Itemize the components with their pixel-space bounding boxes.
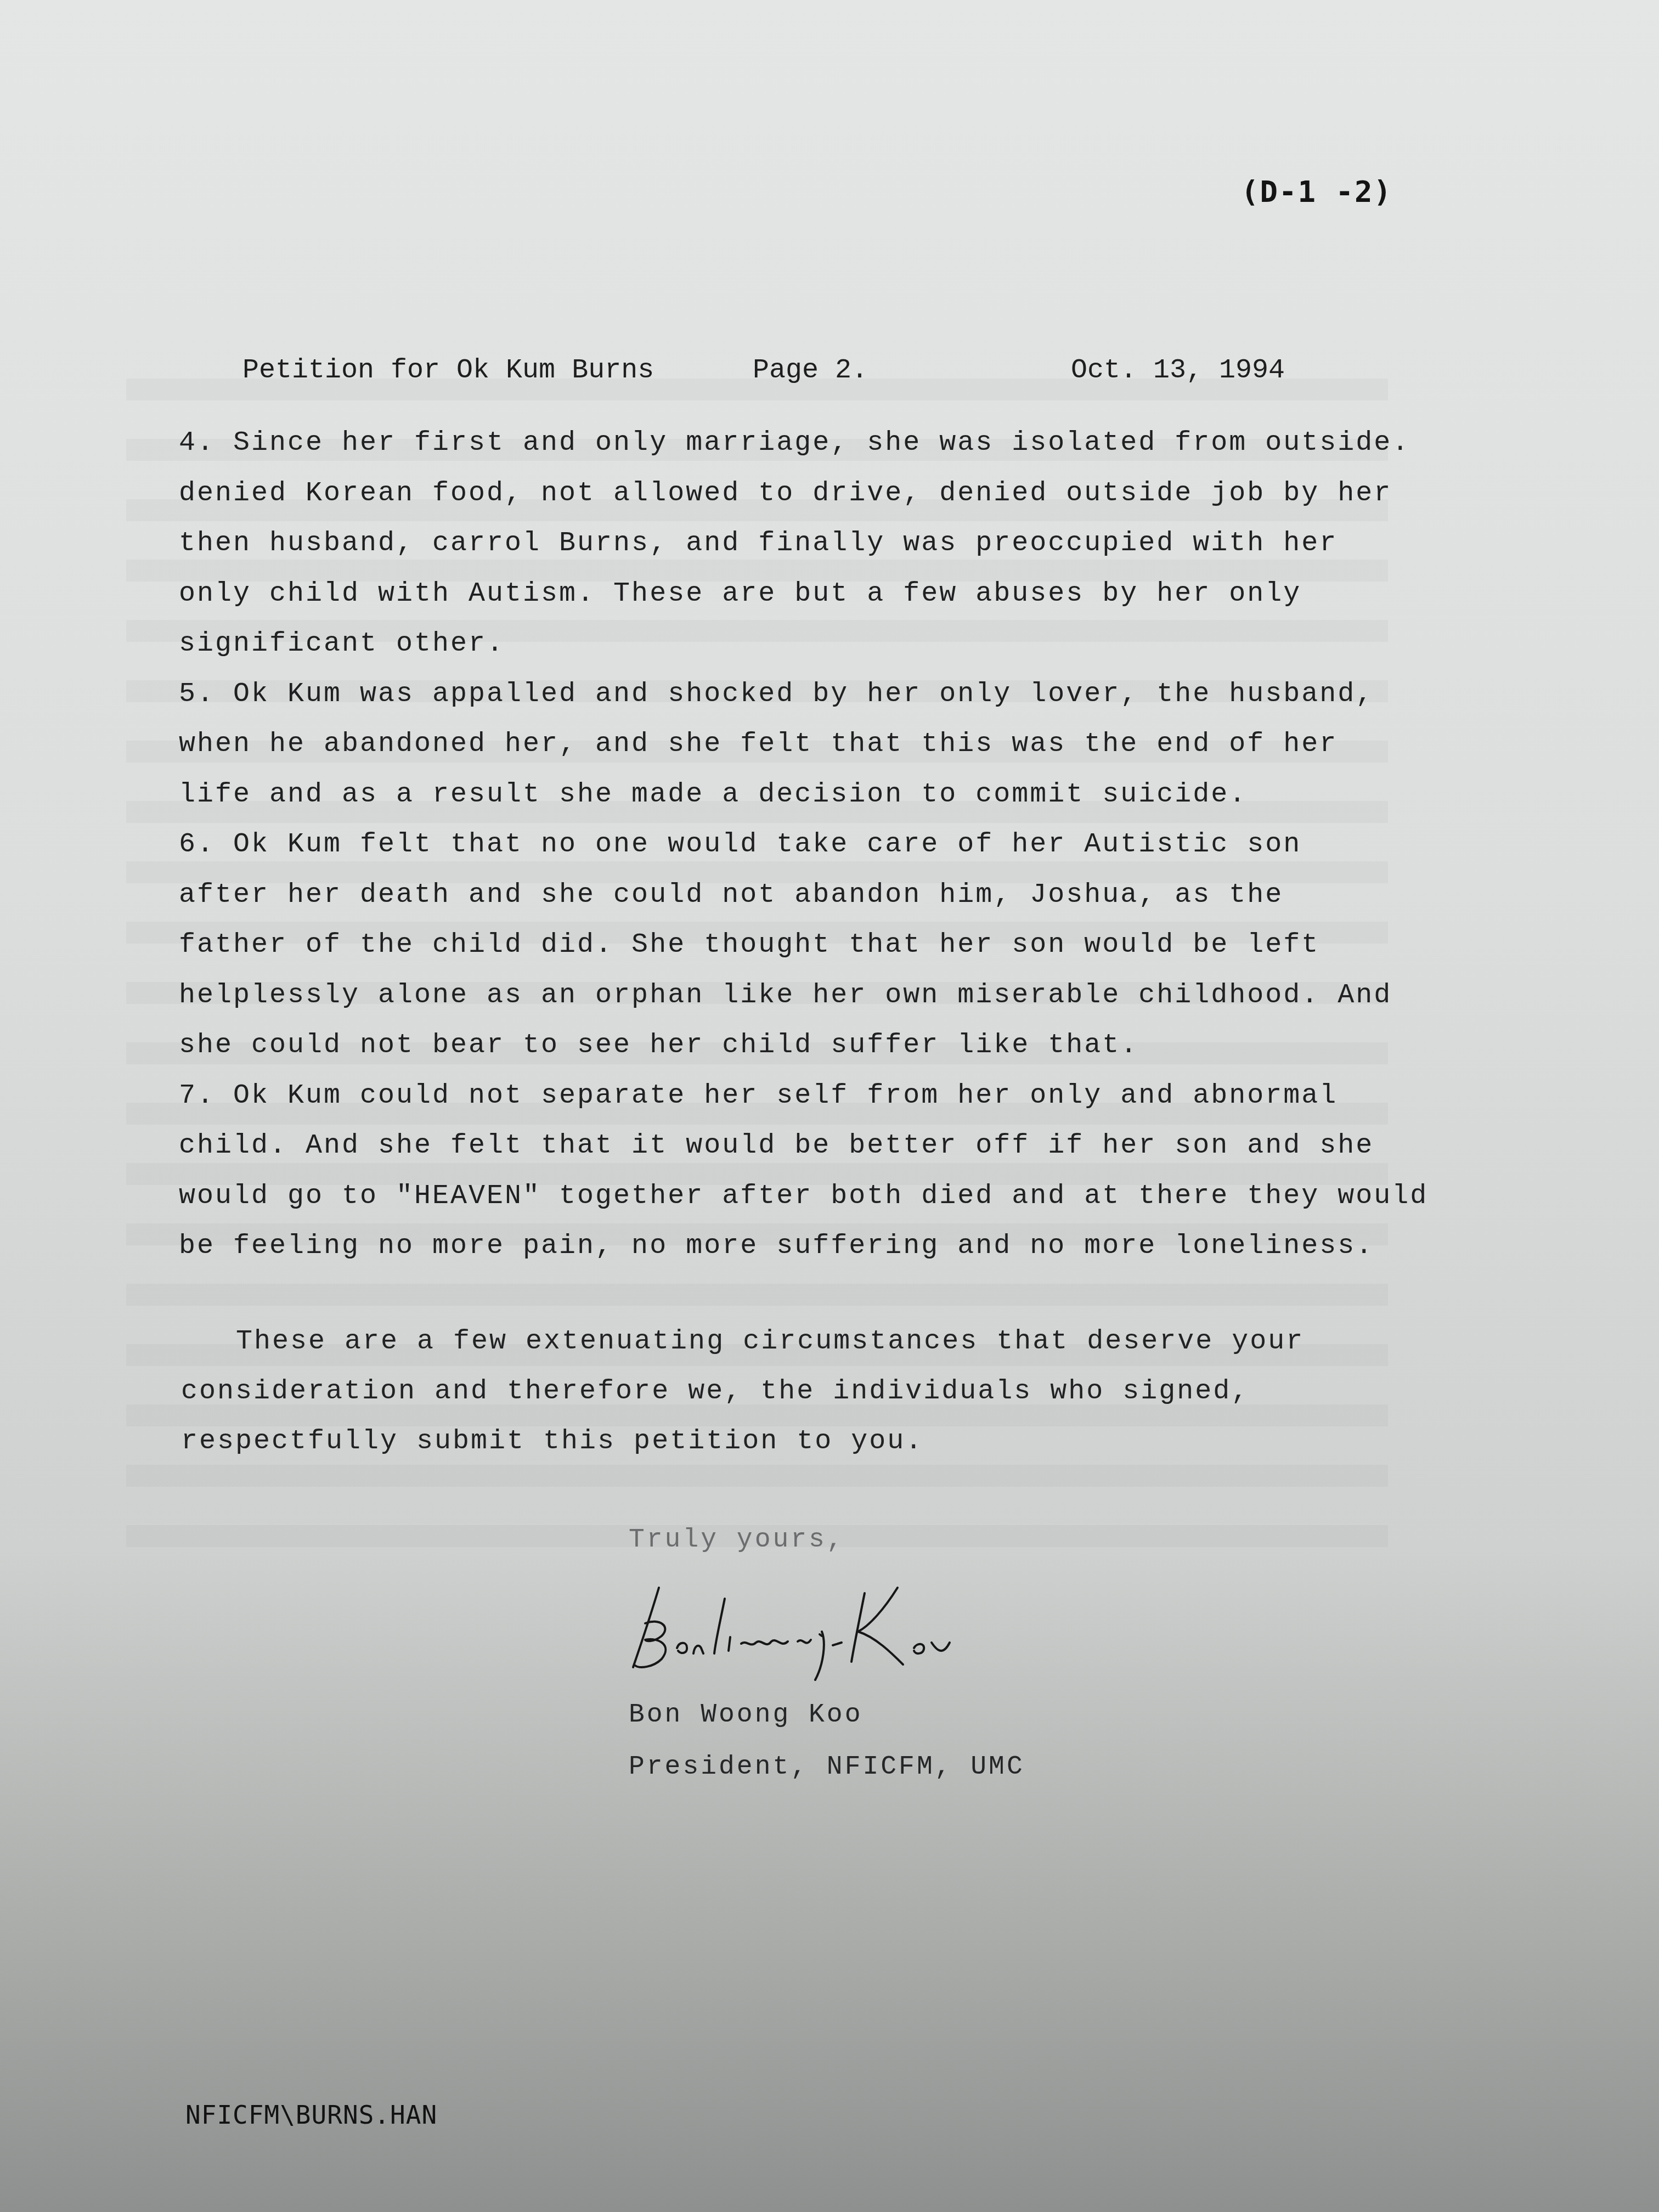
valediction: Truly yours, bbox=[629, 1525, 1025, 1555]
document-header: Petition for Ok Kum BurnsPage 2.Oct. 13,… bbox=[177, 324, 1285, 417]
signer-title: President, NFICFM, UMC bbox=[629, 1741, 1025, 1793]
body-line: 7. Ok Kum could not separate her self fr… bbox=[179, 1071, 1496, 1121]
header-title: Petition for Ok Kum Burns bbox=[242, 355, 753, 386]
body-line: would go to "HEAVEN" together after both… bbox=[179, 1171, 1496, 1222]
body-line: father of the child did. She thought tha… bbox=[179, 920, 1496, 970]
handwritten-signature bbox=[607, 1571, 1002, 1681]
footer-filename: NFICFM\BURNS.HAN bbox=[185, 2100, 437, 2130]
body-line: after her death and she could not abando… bbox=[179, 870, 1496, 921]
body-line: she could not bear to see her child suff… bbox=[179, 1020, 1496, 1071]
body-line: child. And she felt that it would be bet… bbox=[179, 1121, 1496, 1171]
signature-block: Truly yours, Bon Woong Koo Presid bbox=[629, 1525, 1025, 1793]
header-date: Oct. 13, 1994 bbox=[1071, 355, 1285, 386]
body-line: when he abandoned her, and she felt that… bbox=[179, 719, 1496, 770]
body-line: be feeling no more pain, no more sufferi… bbox=[179, 1221, 1496, 1272]
body-line: life and as a result she made a decision… bbox=[179, 770, 1496, 820]
body-line: 4. Since her first and only marriage, sh… bbox=[179, 418, 1496, 469]
body-line: only child with Autism. These are but a … bbox=[179, 569, 1496, 619]
closing-paragraph: These are a few extenuating circumstance… bbox=[181, 1317, 1304, 1466]
scanned-document-page: (D-1 -2) Petition for Ok Kum BurnsPage 2… bbox=[0, 0, 1659, 2212]
body-line: significant other. bbox=[179, 619, 1496, 669]
closing-line: respectfully submit this petition to you… bbox=[181, 1417, 1304, 1466]
body-line: then husband, carrol Burns, and finally … bbox=[179, 518, 1496, 569]
body-line: 5. Ok Kum was appalled and shocked by he… bbox=[179, 669, 1496, 720]
body-line: 6. Ok Kum felt that no one would take ca… bbox=[179, 820, 1496, 870]
petition-body: 4. Since her first and only marriage, sh… bbox=[179, 418, 1496, 1272]
header-page-number: Page 2. bbox=[753, 355, 1071, 386]
body-line: denied Korean food, not allowed to drive… bbox=[179, 469, 1496, 519]
document-reference-code: (D-1 -2) bbox=[1241, 174, 1392, 209]
signer-name: Bon Woong Koo bbox=[629, 1689, 1025, 1741]
closing-line: consideration and therefore we, the indi… bbox=[181, 1367, 1304, 1417]
closing-line: These are a few extenuating circumstance… bbox=[181, 1317, 1304, 1367]
body-line: helplessly alone as an orphan like her o… bbox=[179, 970, 1496, 1021]
